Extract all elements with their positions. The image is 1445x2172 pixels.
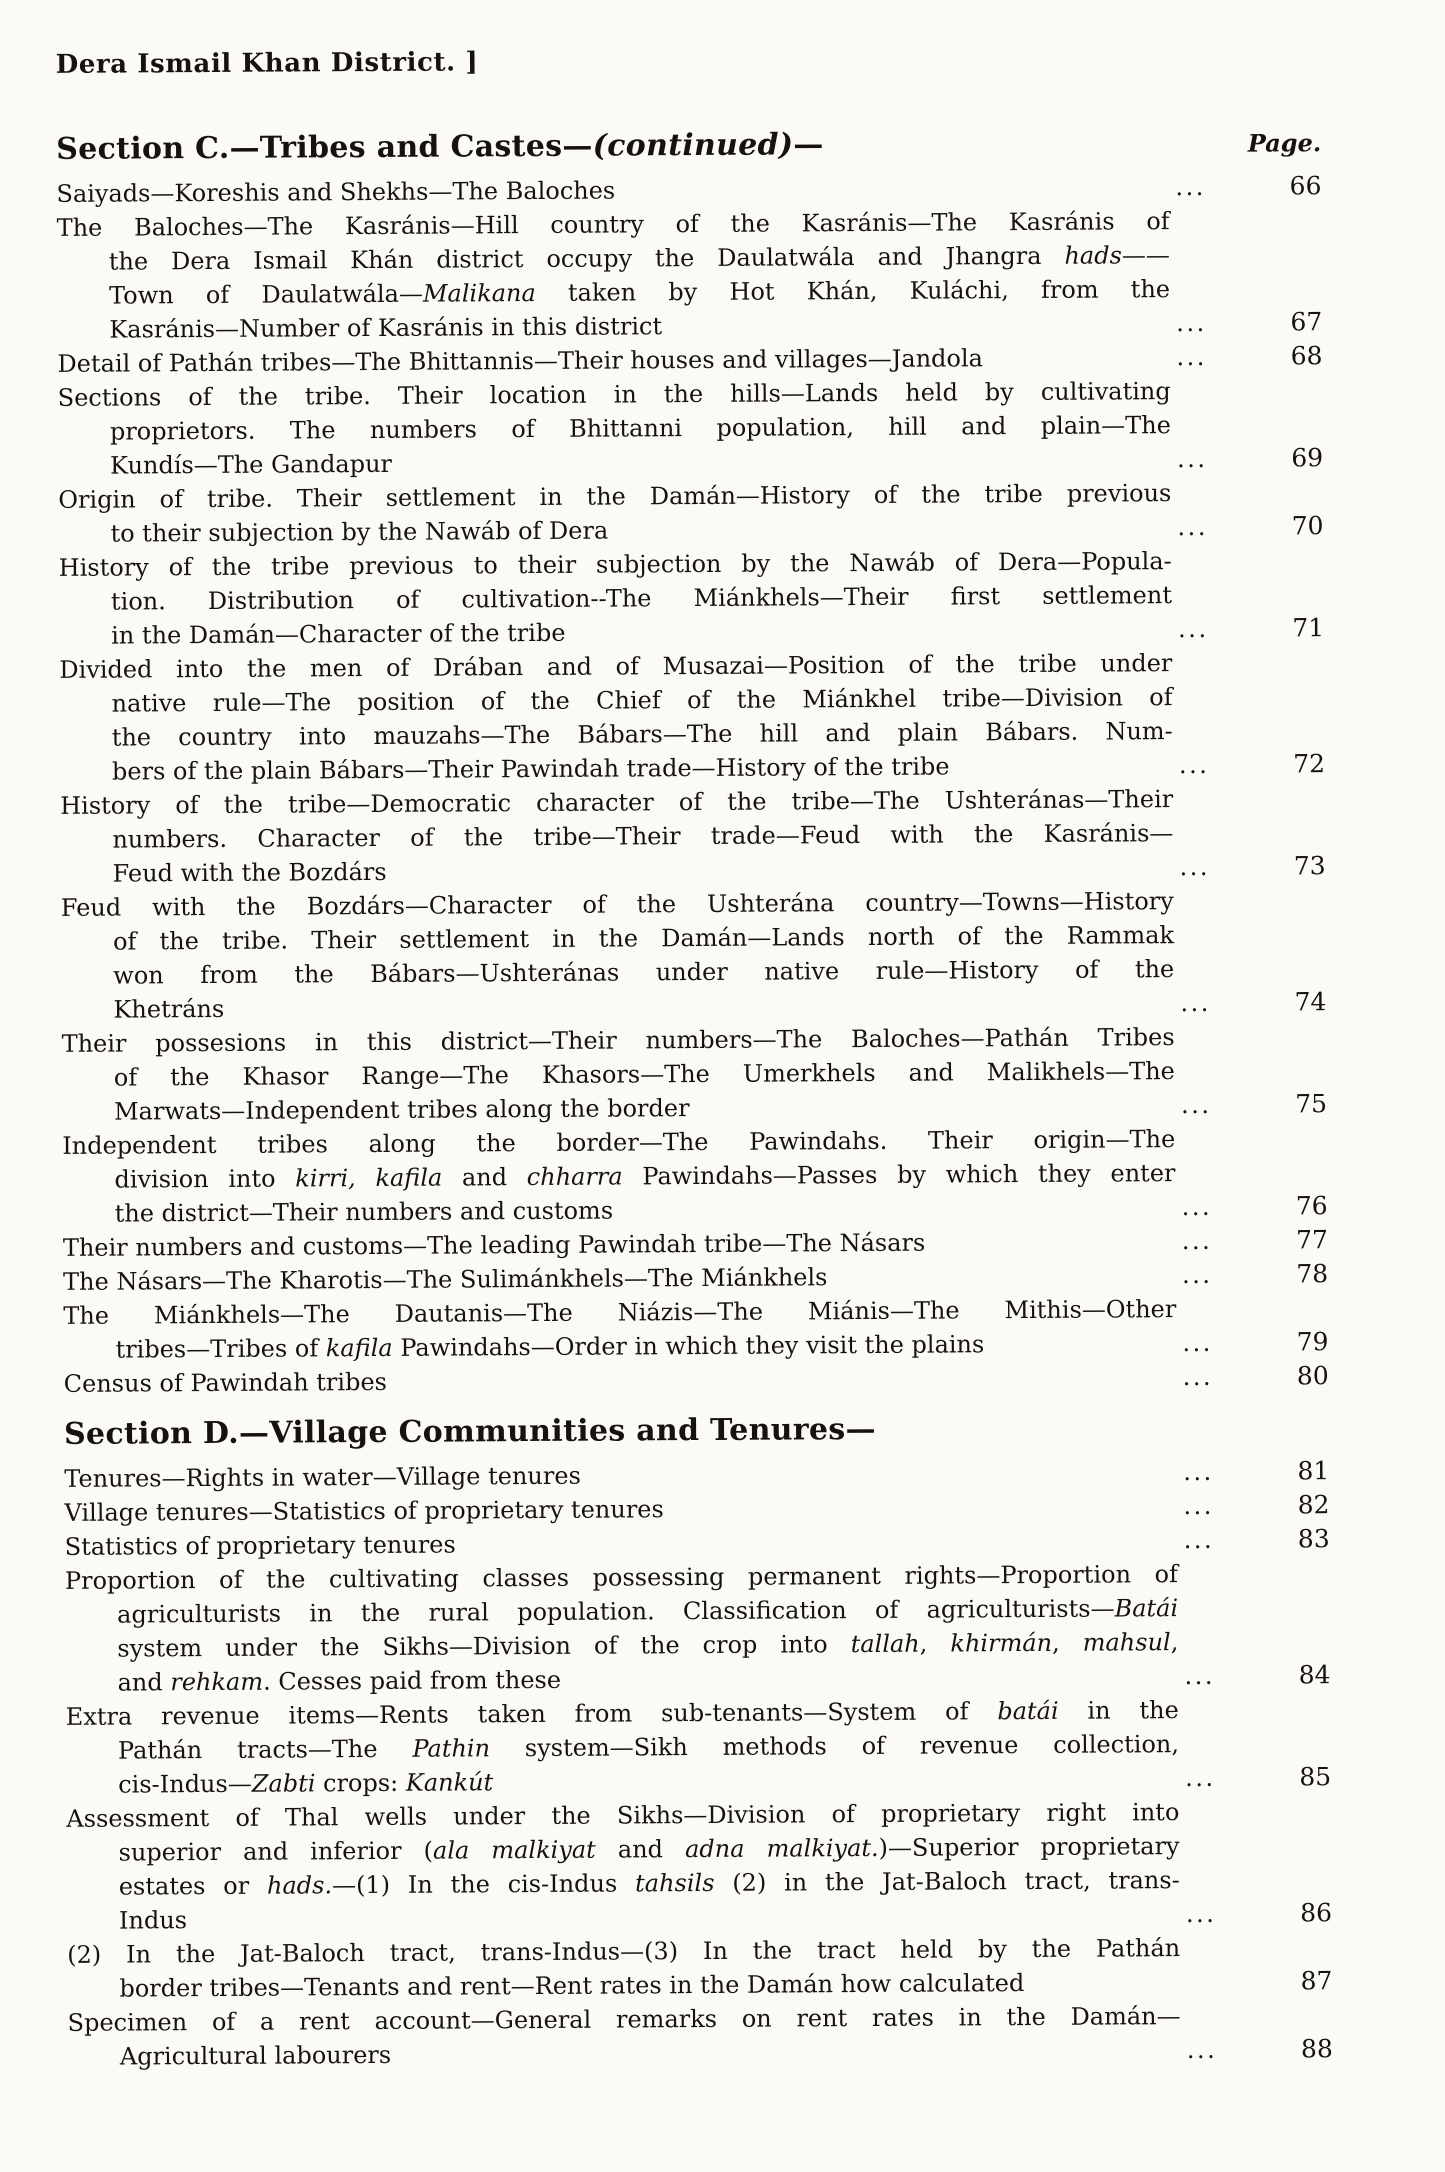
toc-text-italic: Zabti xyxy=(252,1769,316,1797)
toc-entry: Proportion of the cultivating classes po… xyxy=(65,1556,1331,1700)
toc-text-segment: Tenures—Rights in water—Village tenures xyxy=(64,1462,581,1493)
toc-text-segment: Saiyads—Koreshis and Shekhs—The Baloches xyxy=(56,177,615,208)
toc-text-segment: Section D.—Village Communities and Tenur… xyxy=(64,1412,876,1452)
dot-leader: ... xyxy=(1170,306,1207,340)
toc-entry: Specimen of a rent account—General remar… xyxy=(68,1998,1333,2074)
toc-line-text: Agricultural labourers xyxy=(120,2033,1181,2073)
toc-text-italic: kafila xyxy=(326,1334,393,1362)
page-number: 67 xyxy=(1242,305,1322,339)
toc-text-segment: Statistics of proprietary tenures xyxy=(65,1531,456,1561)
toc-text-segment: and xyxy=(117,1668,170,1696)
toc-text-segment: taken by Hot Khán, Kuláchi, from the xyxy=(536,275,1170,307)
dot-leader: ... xyxy=(1170,340,1207,374)
page-number: 74 xyxy=(1246,985,1326,1019)
dot-leader: ... xyxy=(1181,2033,1218,2067)
page-number: 69 xyxy=(1243,441,1323,475)
toc-text-segment: tion. Distribution of cultivation--The M… xyxy=(111,581,1172,615)
page-number: 77 xyxy=(1248,1223,1328,1257)
dot-leader: ... xyxy=(1176,1190,1213,1224)
dot-leader: ... xyxy=(1173,748,1210,782)
toc-text-italic: chharra xyxy=(527,1162,623,1191)
toc-text-segment: Divided into the men of Drában and of Mu… xyxy=(59,649,1172,684)
toc-text-segment: the district—Their numbers and customs xyxy=(115,1197,614,1228)
section-title: Section C.—Tribes and Castes—(continued)… xyxy=(56,127,824,167)
toc-text-segment: (2) In the Jat-Baloch tract, trans-Indus… xyxy=(67,1934,1180,1969)
toc-text-italic: ala malkiyat xyxy=(433,1836,596,1865)
dot-leader: ... xyxy=(1176,1258,1213,1292)
page-number: 86 xyxy=(1252,1896,1332,1930)
toc-text-segment: Pawindahs—Passes by which they enter xyxy=(623,1159,1176,1190)
page-number: 66 xyxy=(1241,169,1321,203)
page-number: 71 xyxy=(1244,611,1324,645)
dot-leader: ... xyxy=(1179,1761,1216,1795)
toc-text-segment: Kundís—The Gandapur xyxy=(110,450,392,480)
toc-entry: The Miánkhels—The Dautanis—The Niázis—Th… xyxy=(63,1291,1328,1367)
toc-text-italic: khirmán xyxy=(950,1629,1052,1658)
dot-leader: ... xyxy=(1175,1088,1212,1122)
toc-text-segment: Town of Daulatwála— xyxy=(109,280,423,310)
toc-text-segment: Khetráns xyxy=(113,995,224,1024)
toc-text-segment: the Dera Ismail Khán district occupy the… xyxy=(109,242,1065,276)
toc-text-segment: estates or xyxy=(119,1872,267,1901)
toc-text-italic: batái xyxy=(997,1697,1058,1725)
dot-leader: ... xyxy=(1171,510,1208,544)
dot-leader: ... xyxy=(1176,1326,1213,1360)
toc-text-italic: hads xyxy=(1064,241,1122,269)
dot-leader: ... xyxy=(1169,170,1206,204)
toc-entry: Census of Pawindah tribes...80 xyxy=(64,1359,1329,1401)
page-number: 79 xyxy=(1248,1325,1328,1359)
toc-text-segment: system—Sikh methods of revenue collectio… xyxy=(490,1730,1179,1762)
toc-text-segment: , xyxy=(1171,1628,1179,1656)
toc-text-italic: hads. xyxy=(267,1871,332,1899)
toc-entry: History of the tribe previous to their s… xyxy=(59,543,1325,653)
toc-text-segment: in the Damán—Character of the tribe xyxy=(111,619,565,650)
toc-text-italic: Kankút xyxy=(406,1768,494,1797)
toc-entry: Feud with the Bozdárs—Character of the U… xyxy=(61,883,1327,1027)
toc-entry: Assessment of Thal wells under the Sikhs… xyxy=(66,1794,1332,1938)
toc-text-italic: rehkam xyxy=(170,1668,263,1697)
toc-text-segment: system under the Sikhs—Division of the c… xyxy=(117,1630,850,1662)
toc-text-segment: Origin of tribe. Their settlement in the… xyxy=(58,479,1171,514)
page-number: 83 xyxy=(1250,1522,1330,1556)
dot-leader: ... xyxy=(1177,1455,1214,1489)
toc-text-segment: Marwats—Independent tribes along the bor… xyxy=(114,1094,690,1126)
toc-text-segment: , xyxy=(920,1629,951,1657)
toc-text-italic: kirri, kafila xyxy=(295,1164,442,1193)
toc-text-segment: The Násars—The Kharotis—The Sulimánkhels… xyxy=(63,1263,828,1296)
toc-text-italic: mahsul xyxy=(1083,1628,1171,1657)
page-number: 84 xyxy=(1250,1658,1330,1692)
page-number: 72 xyxy=(1245,747,1325,781)
section-heading: Section D.—Village Communities and Tenur… xyxy=(64,1409,1329,1452)
page-number: 80 xyxy=(1249,1359,1329,1393)
toc-text-segment: Feud with the Bozdárs—Character of the U… xyxy=(61,887,1174,922)
toc-text-segment: —— xyxy=(1122,241,1170,269)
toc-entry: Divided into the men of Drában and of Mu… xyxy=(59,645,1325,789)
dot-leader: ... xyxy=(1178,1523,1215,1557)
toc-entry: Origin of tribe. Their settlement in the… xyxy=(58,475,1323,551)
toc-text-segment: Specimen of a rent account—General remar… xyxy=(68,2002,1181,2037)
toc-text-italic: adna malkiyat. xyxy=(685,1834,879,1863)
dot-leader: ... xyxy=(1178,1659,1215,1693)
toc-text-segment: Village tenures—Statistics of proprietar… xyxy=(64,1495,663,1527)
running-title: Dera Ismail Khan District. ] xyxy=(56,42,1321,80)
dot-leader: ... xyxy=(1173,850,1210,884)
dot-leader: ... xyxy=(1174,986,1211,1020)
toc-entry: Their possesions in this district—Their … xyxy=(62,1019,1328,1129)
page-number: 85 xyxy=(1251,1760,1331,1794)
toc-text-segment: Proportion of the cultivating classes po… xyxy=(65,1560,1178,1595)
toc-text-segment: Census of Pawindah tribes xyxy=(64,1368,387,1398)
toc-text-segment: superior and inferior ( xyxy=(119,1837,434,1867)
toc-text-segment: The Baloches—The Kasránis—Hill country o… xyxy=(57,207,1170,242)
toc-text-segment: of the Khasor Range—The Khasors—The Umer… xyxy=(114,1057,1175,1091)
toc-text-segment: border tribes—Tenants and rent—Rent rate… xyxy=(119,1969,1024,2003)
toc-text-segment: agriculturists in the rural population. … xyxy=(117,1594,1115,1628)
toc-text-segment: . Cesses paid from these xyxy=(263,1666,561,1696)
toc-text-italic: Batái xyxy=(1114,1594,1178,1622)
page-number: 81 xyxy=(1249,1454,1329,1488)
toc-text-segment: native rule—The position of the Chief of… xyxy=(111,683,1172,717)
toc-text-segment: Agricultural labourers xyxy=(120,2041,391,2071)
toc-text-segment: Section C.—Tribes and Castes— xyxy=(56,129,593,167)
page-number: 88 xyxy=(1253,2032,1333,2066)
toc-entry: (2) In the Jat-Baloch tract, trans-Indus… xyxy=(67,1930,1332,2006)
toc-text-italic: Pathin xyxy=(412,1734,490,1762)
toc-text-italic: tahsils xyxy=(635,1869,715,1897)
toc-text-segment: the country into mauzahs—The Bábars—The … xyxy=(112,717,1173,751)
table-of-contents: Section C.—Tribes and Castes—(continued)… xyxy=(56,124,1333,2074)
toc-text-segment: to their subjection by the Nawáb of Dera xyxy=(110,517,608,548)
toc-text-segment: won from the Bábars—Ushteránas under nat… xyxy=(113,955,1174,989)
page-number: 68 xyxy=(1242,339,1322,373)
toc-text-segment: Kasránis—Number of Kasránis in this dist… xyxy=(109,312,662,343)
toc-line: Agricultural labourers...88 xyxy=(68,2032,1333,2074)
toc-text-segment: in the xyxy=(1059,1696,1179,1725)
dot-leader: ... xyxy=(1172,612,1209,646)
toc-text-italic: (continued) xyxy=(593,127,794,163)
toc-line-text: Census of Pawindah tribes xyxy=(64,1360,1177,1401)
section-heading: Section C.—Tribes and Castes—(continued)… xyxy=(56,124,1321,167)
toc-text-italic: Malikana xyxy=(423,279,536,308)
toc-text-segment: and xyxy=(596,1835,685,1864)
dot-leader: ... xyxy=(1171,442,1208,476)
toc-text-segment: bers of the plain Bábars—Their Pawindah … xyxy=(112,752,950,785)
toc-entry: The Baloches—The Kasránis—Hill country o… xyxy=(57,203,1323,347)
dot-leader: ... xyxy=(1180,1897,1217,1931)
toc-text-segment: History of the tribe previous to their s… xyxy=(59,547,1172,582)
toc-entry: Extra revenue items—Rents taken from sub… xyxy=(66,1692,1332,1802)
toc-text-segment: numbers. Character of the tribe—Their tr… xyxy=(112,819,1173,853)
toc-text-segment: division into xyxy=(114,1164,295,1193)
toc-line: Census of Pawindah tribes...80 xyxy=(64,1359,1329,1401)
toc-text-segment: The Miánkhels—The Dautanis—The Niázis—Th… xyxy=(63,1295,1176,1330)
toc-entry: Independent tribes along the border—The … xyxy=(62,1121,1328,1231)
toc-text-segment: tribes—Tribes of xyxy=(115,1334,325,1363)
toc-text-segment: —(1) In the cis-Indus xyxy=(332,1869,635,1899)
toc-text-segment: Pawindahs—Order in which they visit the … xyxy=(393,1330,985,1362)
toc-text-segment: Independent tribes along the border—The … xyxy=(62,1125,1175,1160)
toc-text-segment: and xyxy=(442,1163,527,1192)
toc-text-segment: Pathán tracts—The xyxy=(118,1735,413,1765)
toc-text-segment: Extra revenue items—Rents taken from sub… xyxy=(66,1697,998,1731)
toc-text-segment: Indus xyxy=(119,1906,187,1934)
page-number: 78 xyxy=(1248,1257,1328,1291)
section-entries: Saiyads—Koreshis and Shekhs—The Baloches… xyxy=(56,169,1328,1401)
toc-text-segment: Assessment of Thal wells under the Sikhs… xyxy=(66,1798,1179,1833)
page-column-label: Page. xyxy=(1248,128,1322,157)
page-number: 75 xyxy=(1247,1087,1327,1121)
toc-text-segment: Their possesions in this district—Their … xyxy=(62,1023,1175,1058)
section-entries: Tenures—Rights in water—Village tenures.… xyxy=(64,1454,1333,2074)
toc-text-segment: (2) in the Jat-Baloch tract, trans- xyxy=(714,1866,1179,1897)
toc-entry: Sections of the tribe. Their location in… xyxy=(58,373,1324,483)
toc-text-segment: Sections of the tribe. Their location in… xyxy=(58,377,1171,412)
toc-text-segment: History of the tribe—Democratic characte… xyxy=(60,785,1173,820)
page-number: 82 xyxy=(1249,1488,1329,1522)
toc-text-segment: — xyxy=(793,127,824,162)
toc-text-segment: Their numbers and customs—The leading Pa… xyxy=(63,1229,926,1262)
dot-leader: ... xyxy=(1177,1489,1214,1523)
page-number: 87 xyxy=(1252,1964,1332,1998)
toc-text-segment: Detail of Pathán tribes—The Bhittannis—T… xyxy=(57,344,983,378)
toc-text-segment: )—Superior proprietary xyxy=(879,1832,1180,1862)
scanned-page: Dera Ismail Khan District. ] Section C.—… xyxy=(0,0,1445,2172)
page-number: 73 xyxy=(1245,849,1325,883)
page-number: 76 xyxy=(1248,1189,1328,1223)
toc-text-segment: of the tribe. Their settlement in the Da… xyxy=(113,921,1174,955)
toc-text-segment: proprietors. The numbers of Bhittanni po… xyxy=(110,411,1171,445)
section-title: Section D.—Village Communities and Tenur… xyxy=(64,1412,876,1452)
dot-leader: ... xyxy=(1177,1360,1214,1394)
dot-leader: ... xyxy=(1176,1224,1213,1258)
toc-text-segment: cis-Indus— xyxy=(118,1770,252,1799)
toc-text-segment: crops: xyxy=(315,1769,406,1798)
page-number: 70 xyxy=(1243,509,1323,543)
toc-text-italic: tallah xyxy=(851,1630,920,1658)
toc-text-segment: Feud with the Bozdárs xyxy=(113,858,387,888)
toc-text-segment: , xyxy=(1052,1629,1083,1657)
toc-entry: History of the tribe—Democratic characte… xyxy=(60,781,1326,891)
